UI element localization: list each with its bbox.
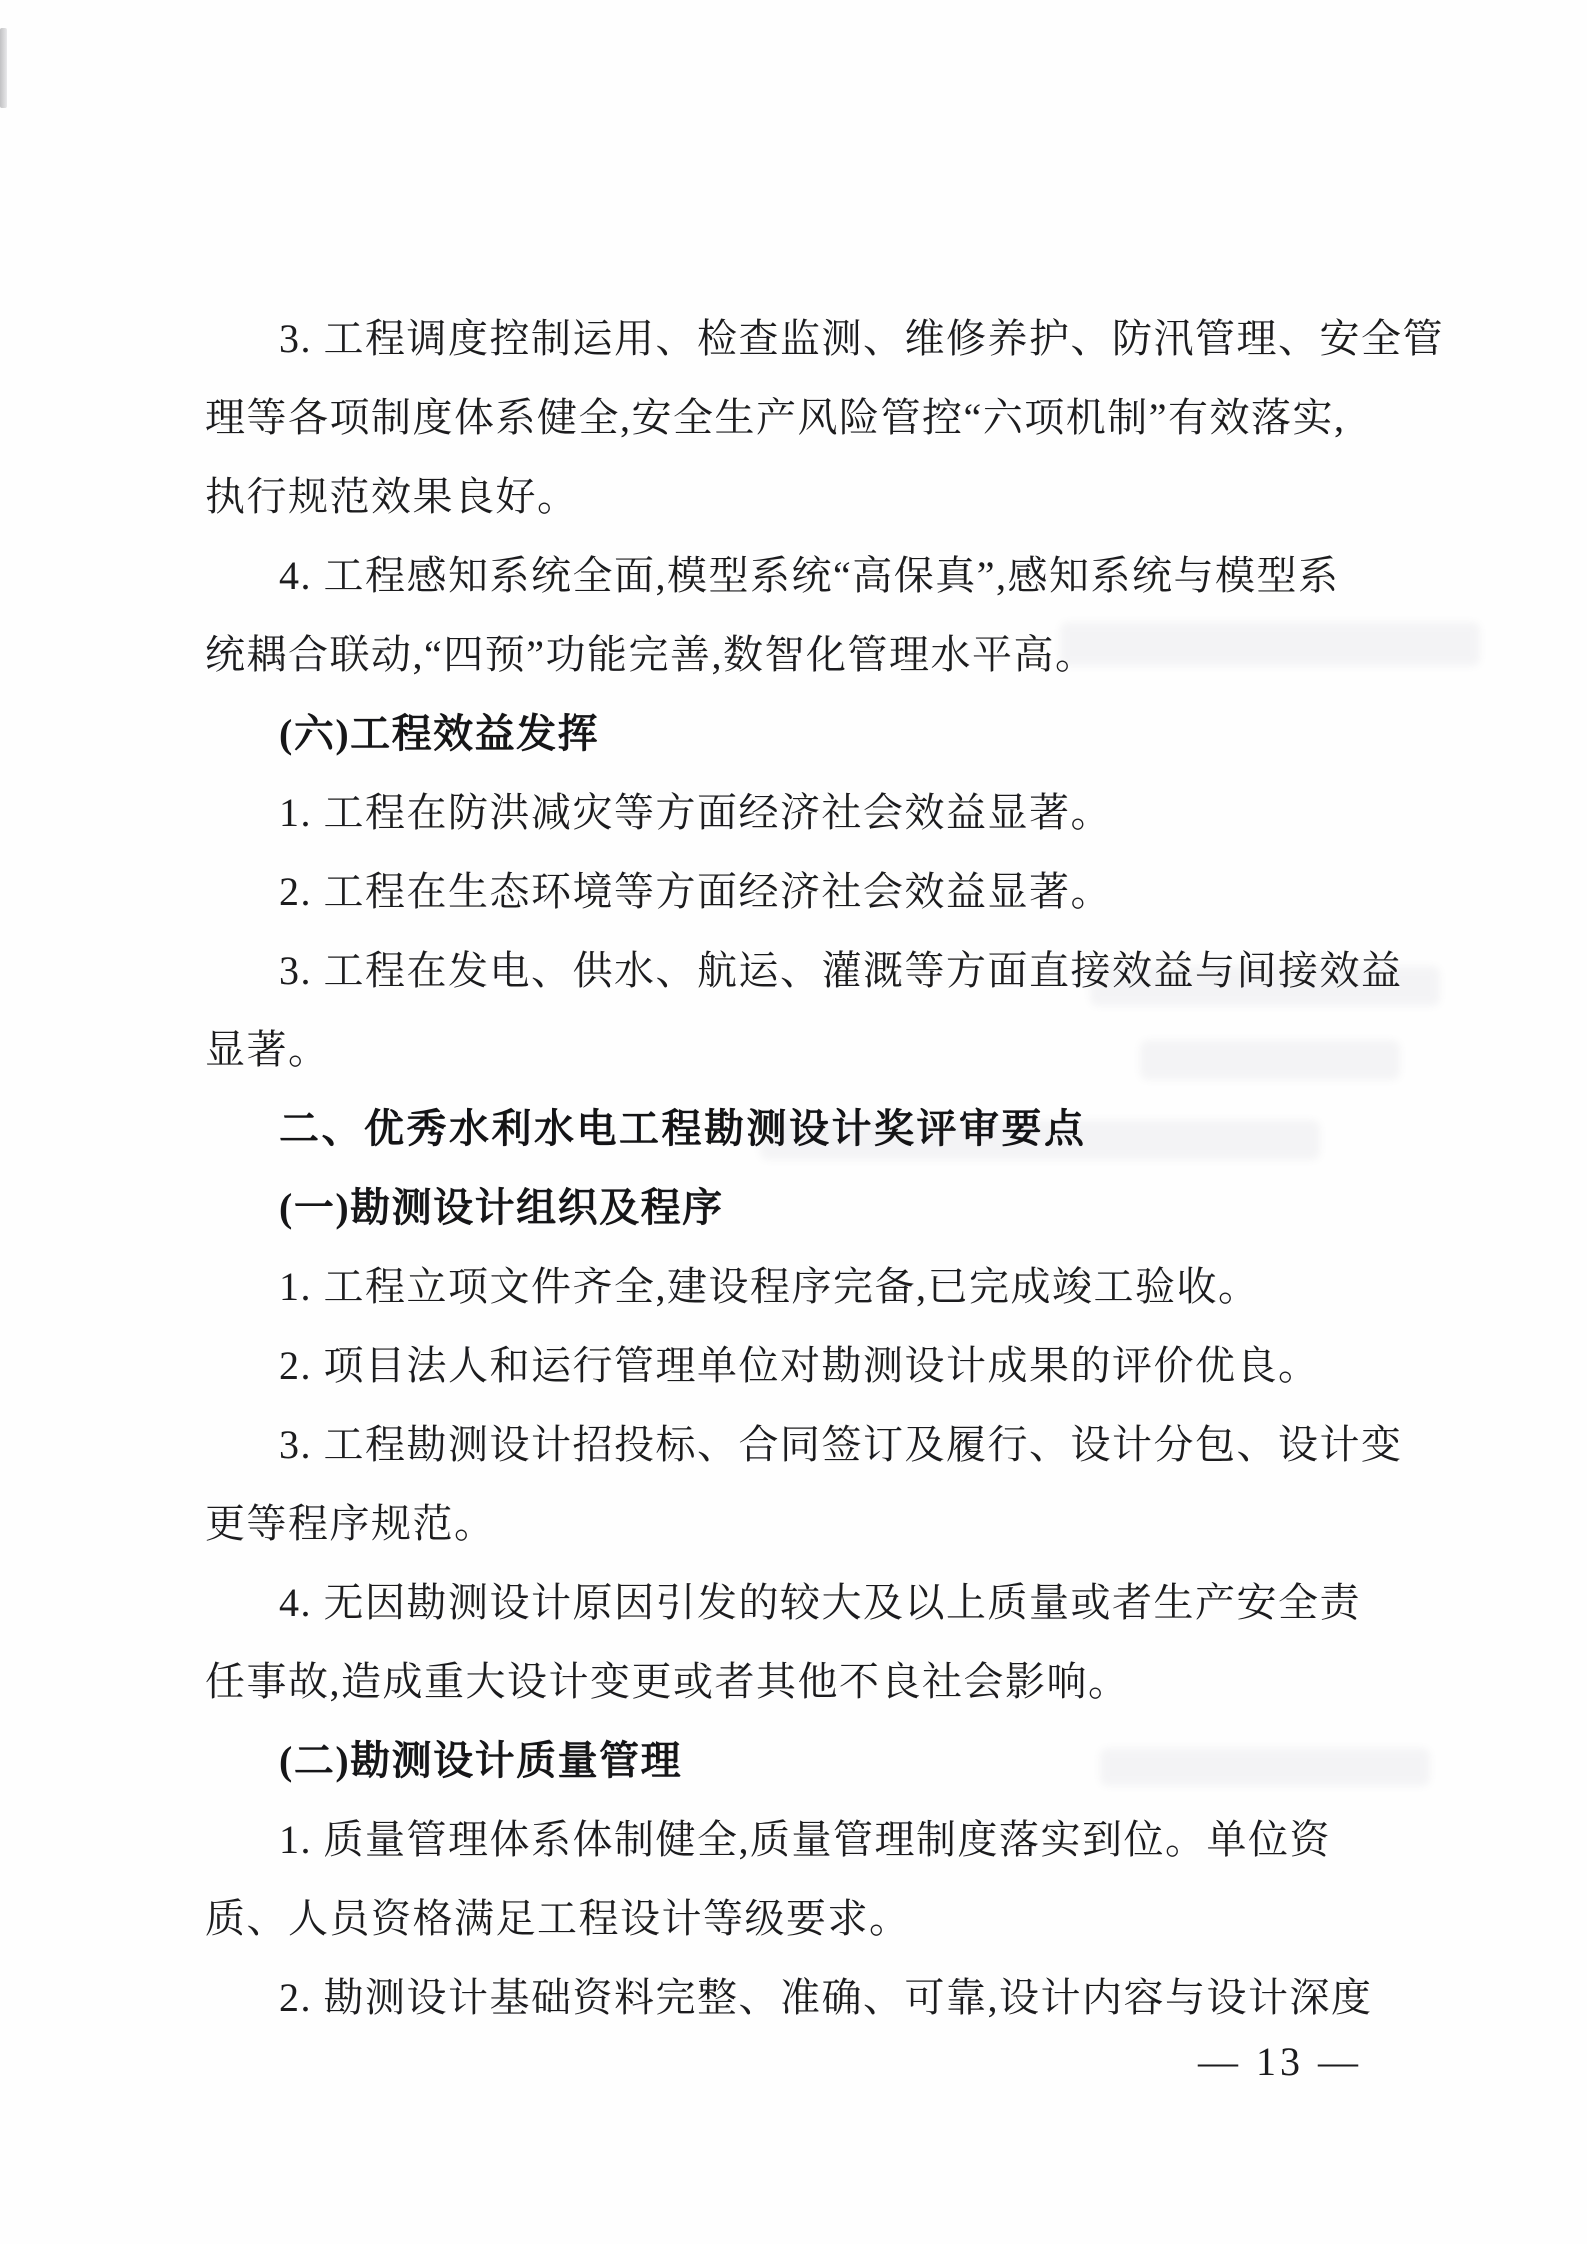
text-line: (二)勘测设计质量管理 <box>205 1732 1587 1811</box>
text-line: 2. 勘测设计基础资料完整、准确、可靠,设计内容与设计深度 <box>205 1969 1587 2048</box>
text-line: (一)勘测设计组织及程序 <box>205 1179 1587 1258</box>
text-line: 1. 质量管理体系体制健全,质量管理制度落实到位。单位资 <box>205 1811 1587 1890</box>
text-line: 2. 项目法人和运行管理单位对勘测设计成果的评价优良。 <box>205 1337 1587 1416</box>
text-line: 任事故,造成重大设计变更或者其他不良社会影响。 <box>205 1653 1535 1732</box>
text-line: 4. 工程感知系统全面,模型系统“高保真”,感知系统与模型系 <box>205 547 1587 626</box>
text-line: 二、优秀水利水电工程勘测设计奖评审要点 <box>205 1100 1587 1179</box>
scan-edge-artifact <box>0 28 7 108</box>
text-line: 统耦合联动,“四预”功能完善,数智化管理水平高。 <box>205 626 1535 705</box>
text-line: 2. 工程在生态环境等方面经济社会效益显著。 <box>205 863 1587 942</box>
text-line: 显著。 <box>205 1021 1535 1100</box>
text-line: 1. 工程在防洪减灾等方面经济社会效益显著。 <box>205 784 1587 863</box>
page-number: — 13 — <box>1198 2038 1362 2086</box>
text-line: 3. 工程调度控制运用、检查监测、维修养护、防汛管理、安全管 <box>205 310 1587 389</box>
text-line: 理等各项制度体系健全,安全生产风险管控“六项机制”有效落实, <box>205 389 1535 468</box>
text-line: 质、人员资格满足工程设计等级要求。 <box>205 1890 1535 1969</box>
text-line: 1. 工程立项文件齐全,建设程序完备,已完成竣工验收。 <box>205 1258 1587 1337</box>
text-line: 3. 工程在发电、供水、航运、灌溉等方面直接效益与间接效益 <box>205 942 1587 1021</box>
text-line: 4. 无因勘测设计原因引发的较大及以上质量或者生产安全责 <box>205 1574 1587 1653</box>
text-line: (六)工程效益发挥 <box>205 705 1587 784</box>
text-line: 更等程序规范。 <box>205 1495 1535 1574</box>
text-line: 执行规范效果良好。 <box>205 468 1535 547</box>
document-page: 3. 工程调度控制运用、检查监测、维修养护、防汛管理、安全管理等各项制度体系健全… <box>0 0 1587 2244</box>
text-line: 3. 工程勘测设计招投标、合同签订及履行、设计分包、设计变 <box>205 1416 1587 1495</box>
